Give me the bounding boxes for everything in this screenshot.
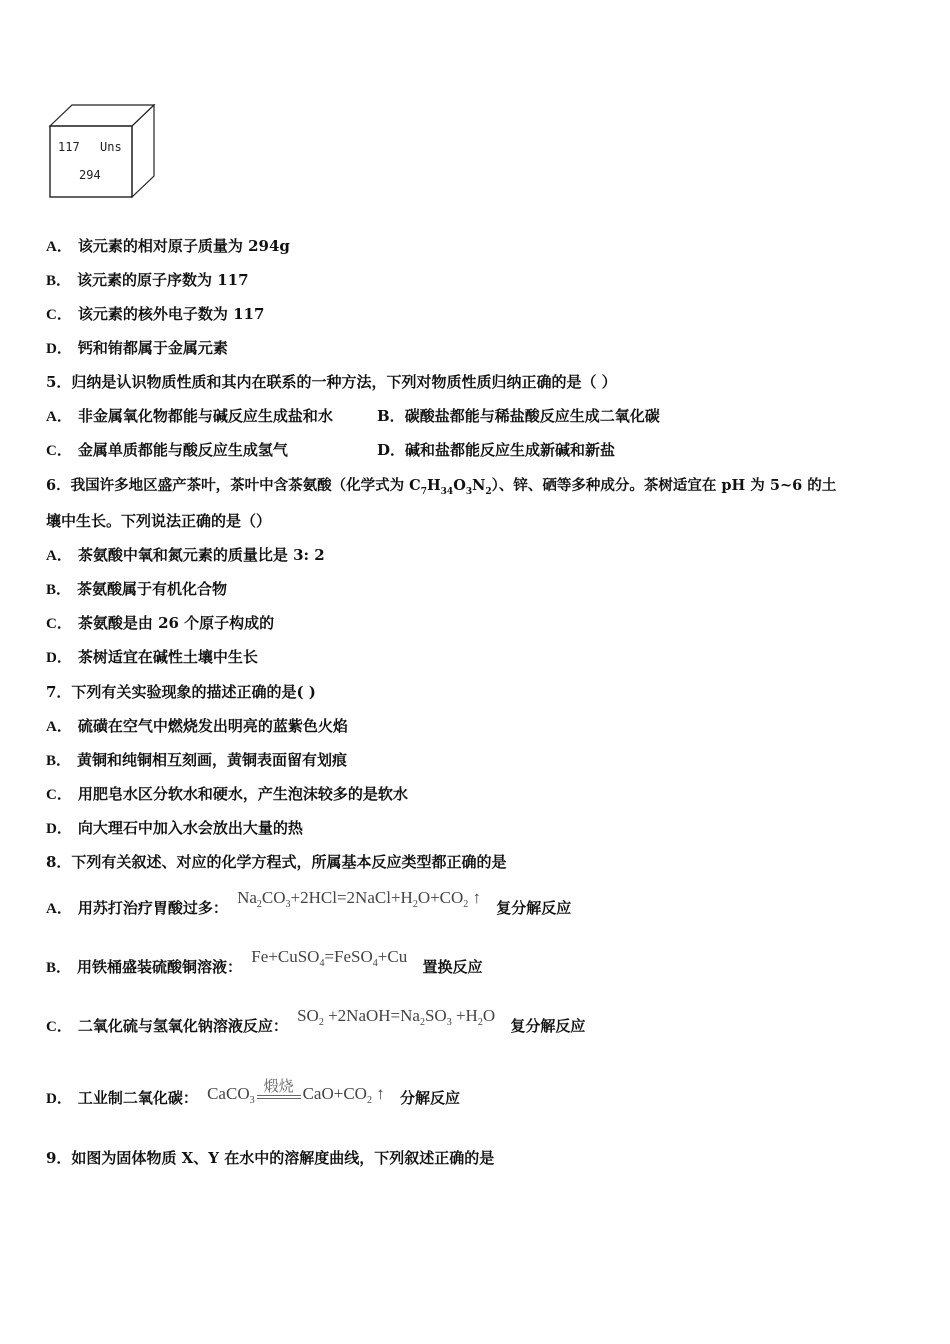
theanine-formula: C7H34O3N2 — [409, 477, 491, 494]
atomic-mass: 294 — [79, 168, 101, 182]
q7-option-c: C．用肥皂水区分软水和硬水，产生泡沫较多的是软水 — [46, 784, 408, 805]
q8-stem: 8．下列有关叙述、对应的化学方程式，所属基本反应类型都正确的是 — [46, 852, 506, 872]
q8-option-d: D．工业制二氧化碳： CaCO3煅烧CaO+CO2 ↑ 分解反应 — [46, 1088, 460, 1115]
equation-d: CaCO3煅烧CaO+CO2 ↑ — [207, 1084, 385, 1111]
element-card-figure: 117 Uns 294 — [48, 104, 156, 198]
q7-option-b: B．黄铜和纯铜相互刻画，黄铜表面留有划痕 — [46, 750, 347, 771]
q7-option-d: D．向大理石中加入水会放出大量的热 — [46, 818, 303, 839]
equation-b: Fe+CuSO4=FeSO4+Cu — [251, 947, 407, 974]
q8-option-a: A．用苏打治疗胃酸过多： Na2CO3+2HCl=2NaCl+H2O+CO2 ↑… — [46, 898, 571, 925]
q7-stem: 7．下列有关实验现象的描述正确的是( ) — [46, 682, 316, 702]
q6-option-c: C．茶氨酸是由 26 个原子构成的 — [46, 613, 274, 634]
q6-option-a: A．茶氨酸中氧和氮元素的质量比是 3: 2 — [46, 545, 325, 566]
q6-stem-line1: 6．我国许多地区盛产茶叶，茶叶中含茶氨酸（化学式为 C7H34O3N2）、锌、硒… — [46, 476, 836, 502]
equation-a: Na2CO3+2HCl=2NaCl+H2O+CO2 ↑ — [237, 888, 481, 915]
q7-option-a: A．硫磺在空气中燃烧发出明亮的蓝紫色火焰 — [46, 716, 348, 737]
q4-option-d: D．钙和铕都属于金属元素 — [46, 338, 228, 359]
q8-option-b: B．用铁桶盛装硫酸铜溶液： Fe+CuSO4=FeSO4+Cu 置换反应 — [46, 957, 482, 984]
q6-option-d: D．茶树适宜在碱性土壤中生长 — [46, 647, 258, 668]
q4-option-c: C．该元素的核外电子数为 117 — [46, 304, 264, 325]
q6-stem-line2: 壤中生长。下列说法正确的是（） — [46, 511, 271, 531]
q5-option-d: D．碱和盐都能反应生成新碱和新盐 — [377, 440, 615, 460]
q4-option-a: A．该元素的相对原子质量为 294g — [46, 236, 290, 257]
q5-stem: 5．归纳是认识物质性质和其内在联系的一种方法，下列对物质性质归纳正确的是（ ） — [46, 372, 617, 392]
q5-option-a: A．非金属氧化物都能与碱反应生成盐和水 — [46, 406, 333, 427]
equation-c: SO2 +2NaOH=Na2SO3 +H2O — [297, 1006, 495, 1033]
q6-option-b: B．茶氨酸属于有机化合物 — [46, 579, 227, 600]
atomic-number: 117 — [58, 140, 80, 154]
q8-option-c: C．二氧化硫与氢氧化钠溶液反应： SO2 +2NaOH=Na2SO3 +H2O … — [46, 1016, 585, 1043]
q9-stem: 9．如图为固体物质 X、Y 在水中的溶解度曲线，下列叙述正确的是 — [46, 1148, 494, 1168]
q5-option-c: C．金属单质都能与酸反应生成氢气 — [46, 440, 288, 461]
q4-option-b: B．该元素的原子序数为 117 — [46, 270, 249, 291]
element-symbol: Uns — [100, 140, 122, 154]
q5-option-b: B．碳酸盐都能与稀盐酸反应生成二氧化碳 — [377, 406, 660, 426]
